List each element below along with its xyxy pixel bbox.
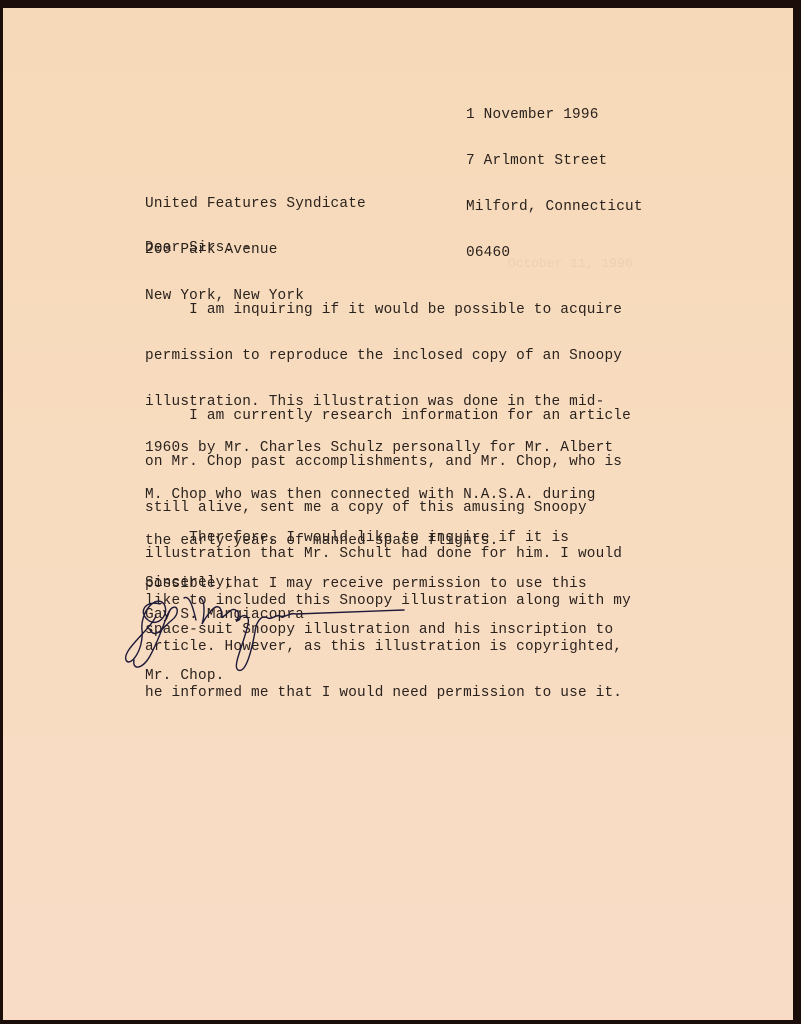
text-line: I am currently research information for … xyxy=(145,409,631,424)
signature-icon xyxy=(120,590,420,680)
sender-address: 1 November 1996 7 Arlmont Street Milford… xyxy=(466,77,643,277)
recipient-name: United Features Syndicate xyxy=(145,197,366,212)
text-line: Therefore, I would like to inquire if it… xyxy=(145,531,613,546)
text-line: permission to reproduce the inclosed cop… xyxy=(145,349,622,364)
city-line: Milford, Connecticut xyxy=(466,200,643,215)
zip-line: 06460 xyxy=(466,246,643,261)
text-line: I am inquiring if it would be possible t… xyxy=(145,303,622,318)
date-line: 1 November 1996 xyxy=(466,108,643,123)
salutation: Dear Sirs: - xyxy=(145,241,251,256)
text-line: on Mr. Chop past accomplishments, and Mr… xyxy=(145,455,631,470)
street-line: 7 Arlmont Street xyxy=(466,154,643,169)
